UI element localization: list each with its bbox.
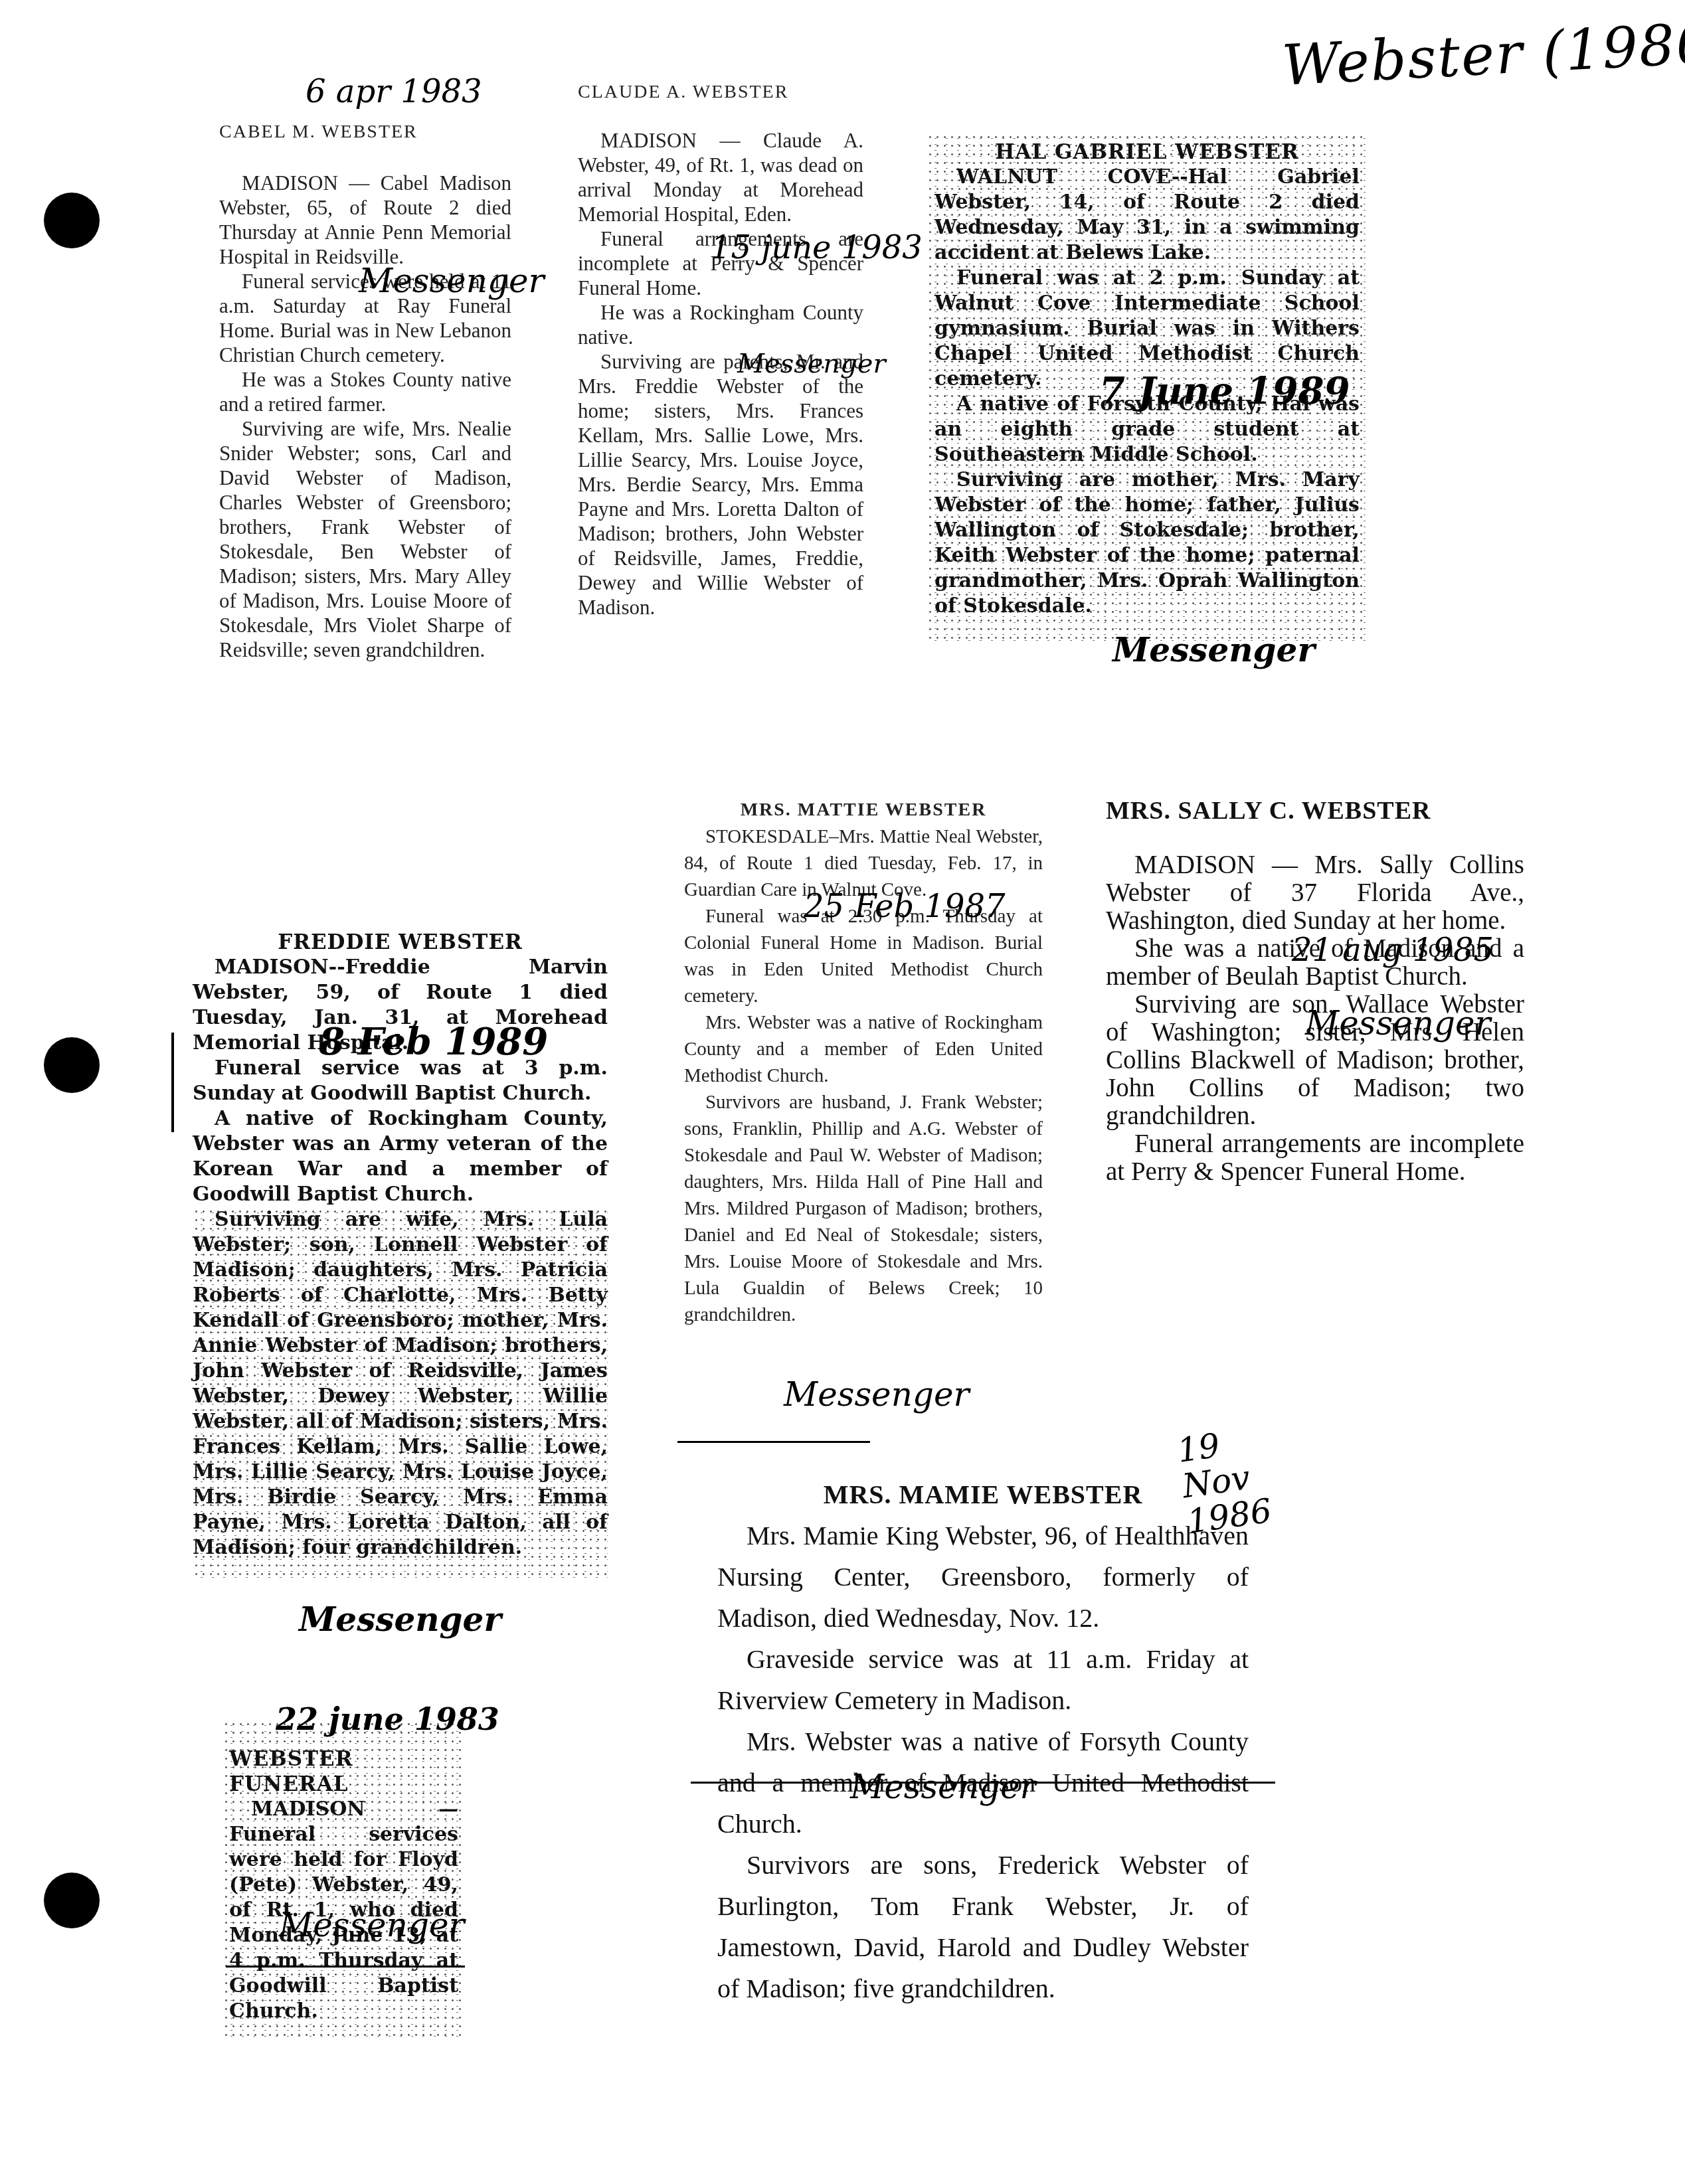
- clipping-heading: MRS. MATTIE WEBSTER: [684, 797, 1043, 823]
- handwritten-signature: Messenger: [1112, 637, 1315, 663]
- handwritten-date: 15 june 1983: [711, 236, 923, 260]
- handwritten-date: 8 Feb 1989: [319, 1029, 548, 1054]
- handwritten-date: 7 June 1989: [1099, 378, 1350, 404]
- clipping-paragraph: MADISON — Cabel Madison Webster, 65, of …: [219, 171, 511, 269]
- handwritten-signature: Messenger: [279, 1906, 464, 1944]
- handwritten-date: 21 aug 1985: [1292, 936, 1494, 964]
- clipping-paragraph: Mrs. Webster was a native of Rockingham …: [684, 1009, 1043, 1089]
- handwritten-signature: Messenger: [359, 269, 544, 294]
- handwritten-date: 22 june 1983: [276, 1707, 499, 1732]
- clipping-paragraph: Survivors are husband, J. Frank Webster;…: [684, 1089, 1043, 1328]
- handwritten-signature: Messenger: [737, 352, 886, 377]
- divider-line: [226, 1966, 465, 1968]
- clipping-heading: MRS. MAMIE WEBSTER: [717, 1474, 1249, 1515]
- clipping-paragraph: MADISON — Mrs. Sally Collins Webster of …: [1106, 851, 1524, 935]
- handwritten-signature: Messenger: [850, 1766, 1035, 1807]
- handwritten-page-title: Webster (1980's): [1281, 7, 1685, 98]
- binder-hole: [44, 1873, 100, 1928]
- clipping-freddie-webster: FREDDIE WEBSTER MADISON--Freddie Marvin …: [193, 930, 608, 1580]
- handwritten-date: 19 Nov 1986: [1175, 1423, 1262, 1540]
- clipping-paragraph: Surviving are mother, Mrs. Mary Webster …: [934, 467, 1360, 619]
- clipping-heading: FREDDIE WEBSTER: [193, 930, 608, 955]
- divider-line: [677, 1441, 870, 1443]
- binder-hole: [44, 1037, 100, 1093]
- clipping-paragraph: Survivors are sons, Frederick Webster of…: [717, 1845, 1249, 2009]
- binder-hole: [44, 193, 100, 248]
- clipping-mamie-webster: MRS. MAMIE WEBSTER Mrs. Mamie King Webst…: [717, 1474, 1249, 2009]
- clipping-paragraph: Mrs. Mamie King Webster, 96, of Healthha…: [717, 1515, 1249, 1639]
- handwritten-date: 25 Feb 1987: [804, 893, 1006, 920]
- clipping-heading: HAL GABRIEL WEBSTER: [934, 139, 1360, 165]
- clipping-heading: CABEL M. WEBSTER: [219, 120, 511, 144]
- clipping-paragraph: Surviving are wife, Mrs. Nealie Snider W…: [219, 416, 511, 662]
- clipping-claude-webster: CLAUDE A. WEBSTER MADISON — Claude A. We…: [578, 80, 863, 620]
- clipping-paragraph: Graveside service was at 11 a.m. Friday …: [717, 1639, 1249, 1721]
- clipping-paragraph: A native of Rockingham County, Webster w…: [193, 1106, 608, 1207]
- clipping-paragraph: He was a Rockingham County native.: [578, 300, 863, 349]
- clipping-paragraph: WALNUT COVE--Hal Gabriel Webster, 14, of…: [934, 165, 1360, 266]
- handwritten-signature: Messenger: [299, 1607, 501, 1632]
- divider-line: [691, 1782, 1275, 1784]
- clipping-hal-webster: HAL GABRIEL WEBSTER WALNUT COVE--Hal Gab…: [927, 133, 1368, 645]
- clipping-sally-webster: MRS. SALLY C. WEBSTER MADISON — Mrs. Sal…: [1106, 797, 1524, 1186]
- scanned-page: Webster (1980's) 6 apr 1983 CABEL M. WEB…: [0, 0, 1685, 2184]
- margin-mark: [171, 1033, 174, 1132]
- clipping-webster-funeral: 22 june 1983 WEBSTER FUNERAL MADISON — F…: [222, 1720, 465, 2037]
- clipping-heading: CLAUDE A. WEBSTER: [578, 80, 863, 104]
- handwritten-signature: Messenger: [784, 1381, 969, 1408]
- clipping-paragraph: Surviving are wife, Mrs. Lula Webster; s…: [193, 1207, 608, 1560]
- clipping-mattie-webster: MRS. MATTIE WEBSTER STOKESDALE–Mrs. Matt…: [684, 797, 1043, 1328]
- clipping-cabel-webster: 6 apr 1983 CABEL M. WEBSTER MADISON — Ca…: [219, 120, 511, 662]
- clipping-heading: MRS. SALLY C. WEBSTER: [1106, 797, 1524, 825]
- clipping-paragraph: Funeral arrangements are incomplete at P…: [1106, 1130, 1524, 1186]
- clipping-heading: WEBSTER FUNERAL: [229, 1746, 458, 1797]
- clipping-paragraph: MADISON — Claude A. Webster, 49, of Rt. …: [578, 128, 863, 226]
- handwritten-date: 6 apr 1983: [306, 80, 482, 104]
- clipping-paragraph: He was a Stokes County native and a reti…: [219, 367, 511, 416]
- clipping-paragraph: Surviving are parents, Mr. and Mrs. Fred…: [578, 349, 863, 620]
- handwritten-signature: Messenger: [1305, 1009, 1490, 1037]
